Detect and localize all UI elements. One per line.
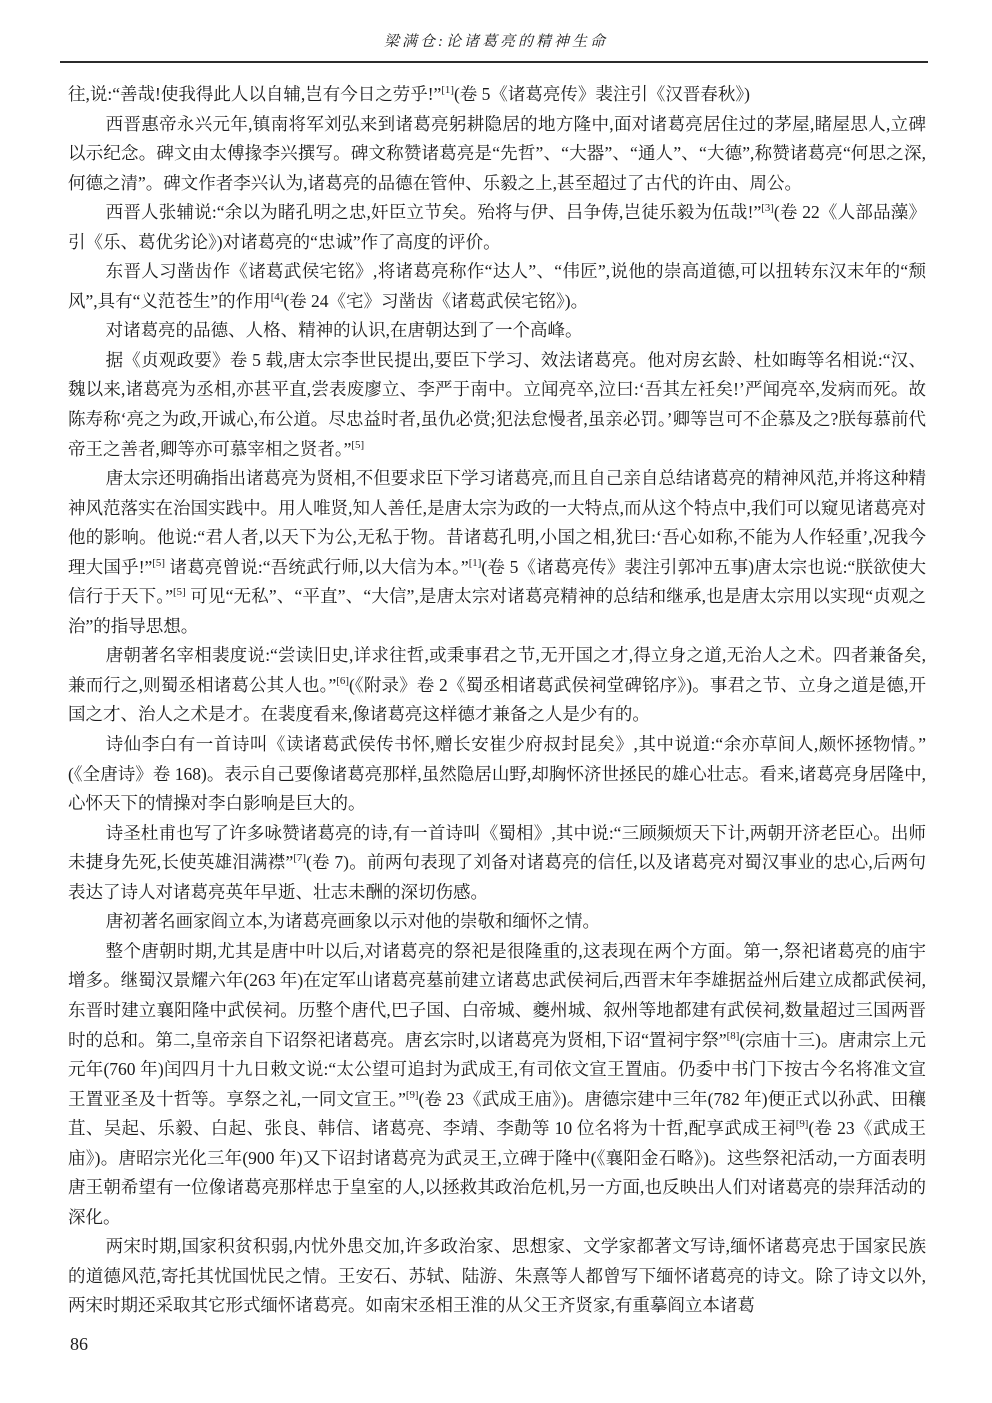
citation-ref: [5] (173, 586, 186, 598)
citation-ref: [9] (796, 1118, 809, 1130)
citation-ref: [9] (406, 1089, 419, 1101)
citation-ref: [1] (441, 84, 454, 96)
paragraph: 据《贞观政要》卷 5 载,唐太宗李世民提出,要臣下学习、效法诸葛亮。他对房玄龄、… (68, 346, 926, 464)
citation-ref: [4] (271, 291, 284, 303)
citation-ref: [3] (761, 202, 774, 214)
citation-ref: [5] (152, 557, 165, 569)
paper-page: 梁满仓:论诸葛亮的精神生命 往,说:“善哉!使我得此人以自辅,岂有今日之劳乎!”… (0, 0, 992, 1403)
paragraph: 唐初著名画家阎立本,为诸葛亮画象以示对他的崇敬和缅怀之情。 (68, 907, 926, 937)
paragraph: 唐朝著名宰相裴度说:“尝读旧史,详求往哲,或秉事君之节,无开国之才,得立身之道,… (68, 641, 926, 730)
citation-ref: [6] (336, 675, 349, 687)
page-number: 86 (70, 1334, 88, 1355)
article-body: 往,说:“善哉!使我得此人以自辅,岂有今日之劳乎!”[1](卷 5《诸葛亮传》裴… (68, 80, 926, 1321)
header-rule (60, 61, 928, 63)
paragraph: 对诸葛亮的品德、人格、精神的认识,在唐朝达到了一个高峰。 (68, 316, 926, 346)
citation-ref: [1] (469, 557, 482, 569)
paragraph: 两宋时期,国家积贫积弱,内忧外患交加,许多政治家、思想家、文学家都著文写诗,缅怀… (68, 1232, 926, 1321)
running-header-title: 梁满仓:论诸葛亮的精神生命 (0, 30, 992, 51)
paragraph: 诗仙李白有一首诗叫《读诸葛武侯传书怀,赠长安崔少府叔封昆矣》,其中说道:“余亦草… (68, 730, 926, 819)
citation-ref: [7] (293, 852, 306, 864)
paragraph: 诗圣杜甫也写了许多咏赞诸葛亮的诗,有一首诗叫《蜀相》,其中说:“三顾频烦天下计,… (68, 819, 926, 908)
paragraph: 整个唐朝时期,尤其是唐中叶以后,对诸葛亮的祭祀是很隆重的,这表现在两个方面。第一… (68, 937, 926, 1232)
paragraph: 往,说:“善哉!使我得此人以自辅,岂有今日之劳乎!”[1](卷 5《诸葛亮传》裴… (68, 80, 926, 110)
citation-ref: [8] (727, 1030, 740, 1042)
citation-ref: [5] (351, 439, 364, 451)
paragraph: 东晋人习凿齿作《诸葛武侯宅铭》,将诸葛亮称作“达人”、“伟匠”,说他的崇高道德,… (68, 257, 926, 316)
paragraph: 唐太宗还明确指出诸葛亮为贤相,不但要求臣下学习诸葛亮,而且自己亲自总结诸葛亮的精… (68, 464, 926, 641)
paragraph: 西晋人张辅说:“余以为睹孔明之忠,奸臣立节矣。殆将与伊、吕争俦,岂徒乐毅为伍哉!… (68, 198, 926, 257)
paragraph: 西晋惠帝永兴元年,镇南将军刘弘来到诸葛亮躬耕隐居的地方隆中,面对诸葛亮居住过的茅… (68, 110, 926, 199)
